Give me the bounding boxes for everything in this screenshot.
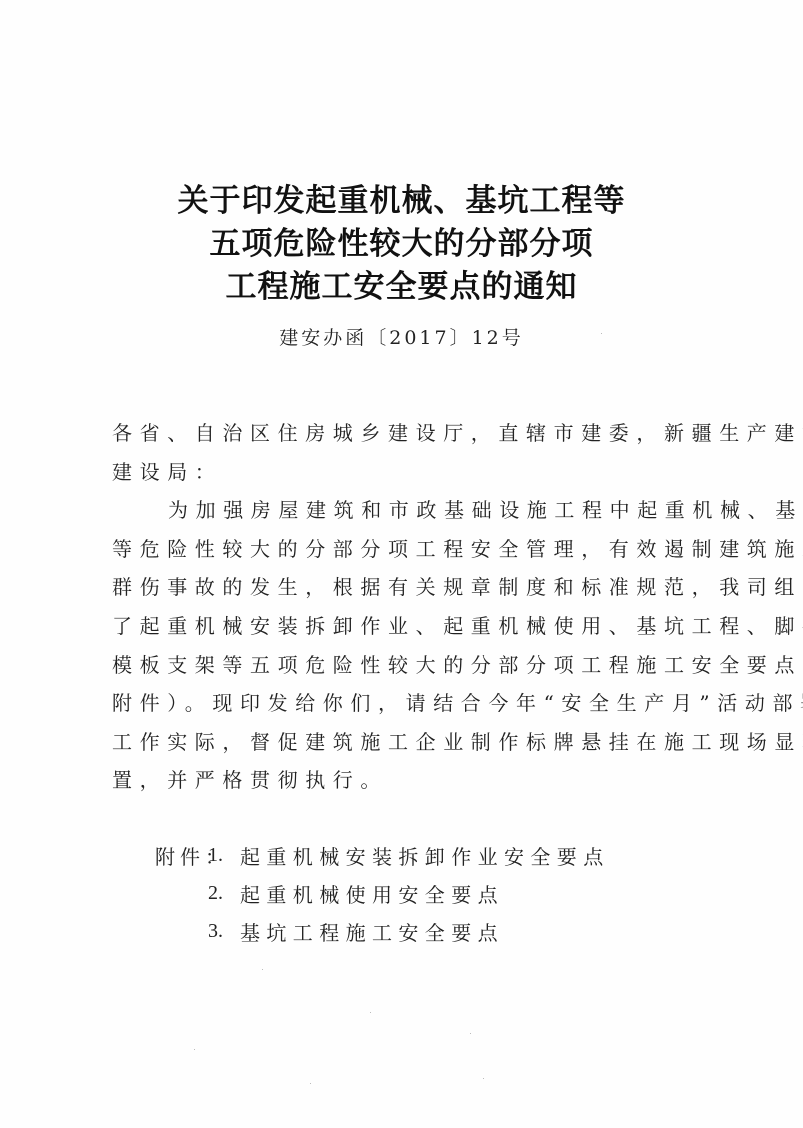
document-title: 关于印发起重机械、基坑工程等 五项危险性较大的分部分项 工程施工安全要点的通知 [0, 180, 803, 309]
scan-speck [483, 1078, 484, 1079]
scan-speck [470, 1033, 471, 1034]
attachments-label: 附件： [155, 841, 208, 870]
attachment-item-1: 附件： 1. 起重机械安装拆卸作业安全要点 [155, 836, 715, 874]
attachments-list: 附件： 1. 起重机械安装拆卸作业安全要点 2. 起重机械使用安全要点 3. 基… [155, 836, 715, 951]
attachment-number: 3. [208, 920, 240, 943]
document-body: 各省、自治区住房城乡建设厅，直辖市建委，新疆生产建设兵团 建设局： 为加强房屋建… [112, 420, 702, 806]
attachment-title: 起重机械安装拆卸作业安全要点 [240, 841, 610, 870]
attachment-title: 基坑工程施工安全要点 [240, 917, 504, 946]
body-line-7: 工作实际，督促建筑施工企业制作标牌悬挂在施工现场显著位 [112, 729, 702, 768]
body-line-3: 群伤事故的发生，根据有关规章制度和标准规范，我司组织制定 [112, 574, 702, 613]
scan-speck [310, 1083, 311, 1084]
document-page: 关于印发起重机械、基坑工程等 五项危险性较大的分部分项 工程施工安全要点的通知 … [0, 0, 803, 1128]
body-line-6: 附件）。现印发给你们，请结合今年“安全生产月”活动部署和 [112, 690, 702, 729]
body-line-8: 置，并严格贯彻执行。 [112, 767, 702, 806]
scan-speck [370, 1012, 371, 1013]
addressee-line-1: 各省、自治区住房城乡建设厅，直辖市建委，新疆生产建设兵团 [112, 420, 702, 459]
attachment-item-2: 2. 起重机械使用安全要点 [155, 874, 715, 912]
title-line-1: 关于印发起重机械、基坑工程等 [0, 180, 803, 223]
body-line-4: 了起重机械安装拆卸作业、起重机械使用、基坑工程、脚手架、 [112, 613, 702, 652]
scan-speck [601, 333, 602, 334]
attachment-number: 2. [208, 882, 240, 905]
attachment-number: 1. [208, 844, 240, 867]
addressee-line-2: 建设局： [112, 459, 702, 498]
title-line-3: 工程施工安全要点的通知 [0, 266, 803, 309]
scan-speck [262, 969, 263, 970]
body-line-2: 等危险性较大的分部分项工程安全管理，有效遏制建筑施工群死 [112, 536, 702, 575]
body-line-1: 为加强房屋建筑和市政基础设施工程中起重机械、基坑工程 [112, 497, 702, 536]
body-line-5: 模板支架等五项危险性较大的分部分项工程施工安全要点（见 [112, 652, 702, 691]
attachment-title: 起重机械使用安全要点 [240, 879, 504, 908]
document-number: 建安办函〔2017〕12号 [0, 325, 803, 351]
title-line-2: 五项危险性较大的分部分项 [0, 223, 803, 266]
scan-speck [194, 1049, 195, 1050]
attachment-item-3: 3. 基坑工程施工安全要点 [155, 913, 715, 951]
